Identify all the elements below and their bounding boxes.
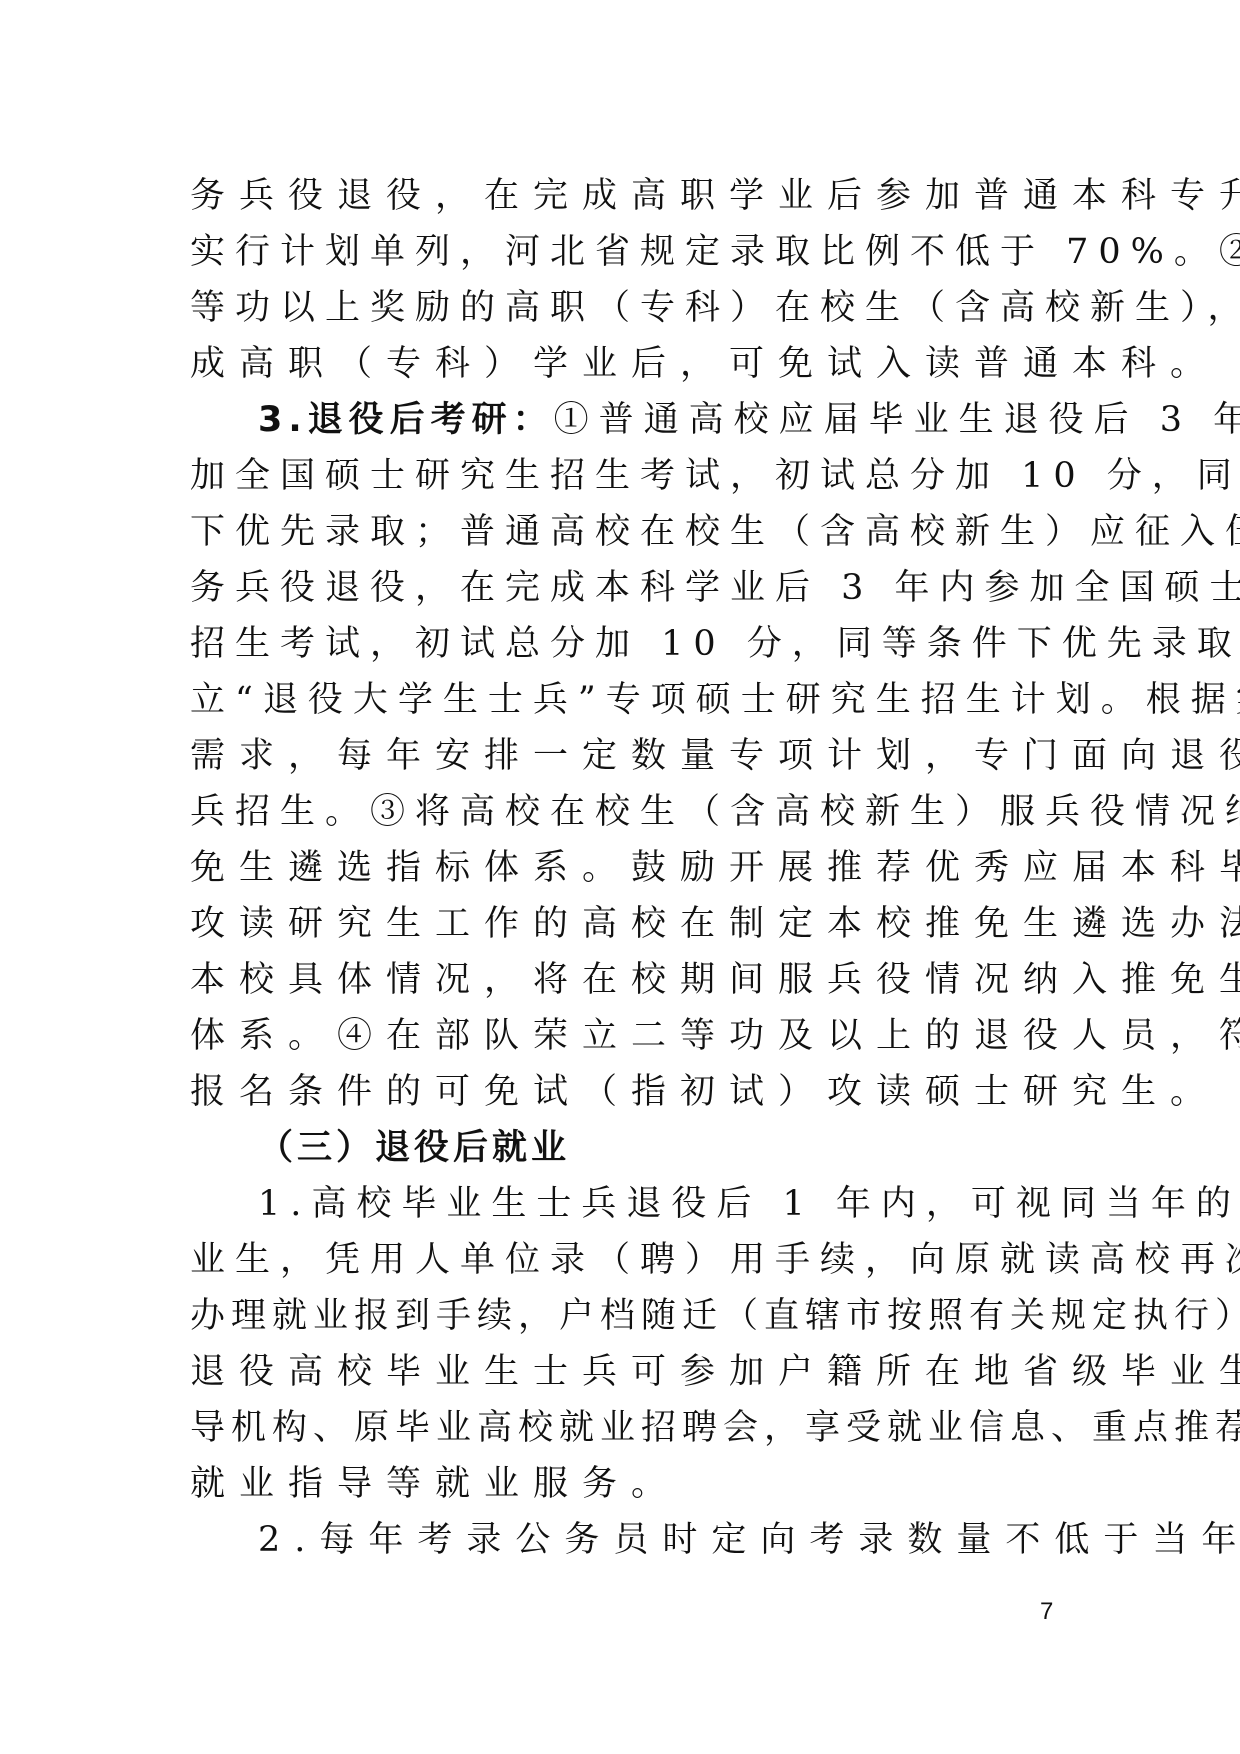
- section-heading: （三）退役后就业: [190, 1120, 1056, 1176]
- item-text: ①普通高校应届毕业生退役后 3 年内参: [554, 400, 1240, 440]
- text-line: 办理就业报到手续，户档随迁（直辖市按照有关规定执行）；: [190, 1288, 1056, 1344]
- document-page: 务兵役退役，在完成高职学业后参加普通本科专升本考试， 实行计划单列，河北省规定录…: [0, 0, 1240, 1754]
- text-line: 报名条件的可免试（指初试）攻读硕士研究生。: [190, 1064, 1056, 1120]
- text-line: 下优先录取；普通高校在校生（含高校新生）应征入伍服义: [190, 504, 1056, 560]
- text-line: 招生考试，初试总分加 10 分，同等条件下优先录取。②设: [190, 616, 1056, 672]
- paragraph-continuation: 务兵役退役，在完成高职学业后参加普通本科专升本考试， 实行计划单列，河北省规定录…: [190, 168, 1056, 392]
- paragraph-employment-2: 2.每年考录公务员时定向考录数量不低于当年列入人: [190, 1512, 1056, 1568]
- text-line: 攻读研究生工作的高校在制定本校推免生遴选办法时，结合: [190, 896, 1056, 952]
- text-line: 务兵役退役，在完成本科学业后 3 年内参加全国硕士研究生: [190, 560, 1056, 616]
- text-line: 需求，每年安排一定数量专项计划，专门面向退役大学生士: [190, 728, 1056, 784]
- page-number: 7: [1040, 1598, 1053, 1626]
- text-line: 务兵役退役，在完成高职学业后参加普通本科专升本考试，: [190, 168, 1056, 224]
- text-line: 实行计划单列，河北省规定录取比例不低于 70%。②荣立三: [190, 224, 1056, 280]
- paragraph-employment-1: 1.高校毕业生士兵退役后 1 年内，可视同当年的应届毕 业生，凭用人单位录（聘）…: [190, 1176, 1056, 1512]
- text-line: 加全国硕士研究生招生考试，初试总分加 10 分，同等条件: [190, 448, 1056, 504]
- text-line: 1.高校毕业生士兵退役后 1 年内，可视同当年的应届毕: [190, 1176, 1056, 1232]
- text-line: 业生，凭用人单位录（聘）用手续，向原就读高校再次申请: [190, 1232, 1056, 1288]
- text-line: 就业指导等就业服务。: [190, 1456, 1056, 1512]
- text-line: 3.退役后考研：①普通高校应届毕业生退役后 3 年内参: [190, 392, 1056, 448]
- paragraph-postgrad-exam: 3.退役后考研：①普通高校应届毕业生退役后 3 年内参 加全国硕士研究生招生考试…: [190, 392, 1056, 1120]
- text-line: 免生遴选指标体系。鼓励开展推荐优秀应届本科毕业生免试: [190, 840, 1056, 896]
- text-line: 立“退役大学生士兵”专项硕士研究生招生计划。根据实际: [190, 672, 1056, 728]
- text-line: 等功以上奖励的高职（专科）在校生（含高校新生），在完: [190, 280, 1056, 336]
- text-line: 导机构、原毕业高校就业招聘会，享受就业信息、重点推荐、: [190, 1400, 1056, 1456]
- item-label: 3.退役后考研：: [258, 400, 554, 440]
- text-line: 体系。④在部队荣立二等功及以上的退役人员，符合研究生: [190, 1008, 1056, 1064]
- text-line: 退役高校毕业生士兵可参加户籍所在地省级毕业生就业指: [190, 1344, 1056, 1400]
- text-line: 2.每年考录公务员时定向考录数量不低于当年列入人: [190, 1512, 1056, 1568]
- text-line: 成高职（专科）学业后，可免试入读普通本科。: [190, 336, 1056, 392]
- text-line: 兵招生。③将高校在校生（含高校新生）服兵役情况纳入推: [190, 784, 1056, 840]
- text-line: 本校具体情况，将在校期间服兵役情况纳入推免生遴选指标: [190, 952, 1056, 1008]
- document-body: 务兵役退役，在完成高职学业后参加普通本科专升本考试， 实行计划单列，河北省规定录…: [190, 168, 1056, 1568]
